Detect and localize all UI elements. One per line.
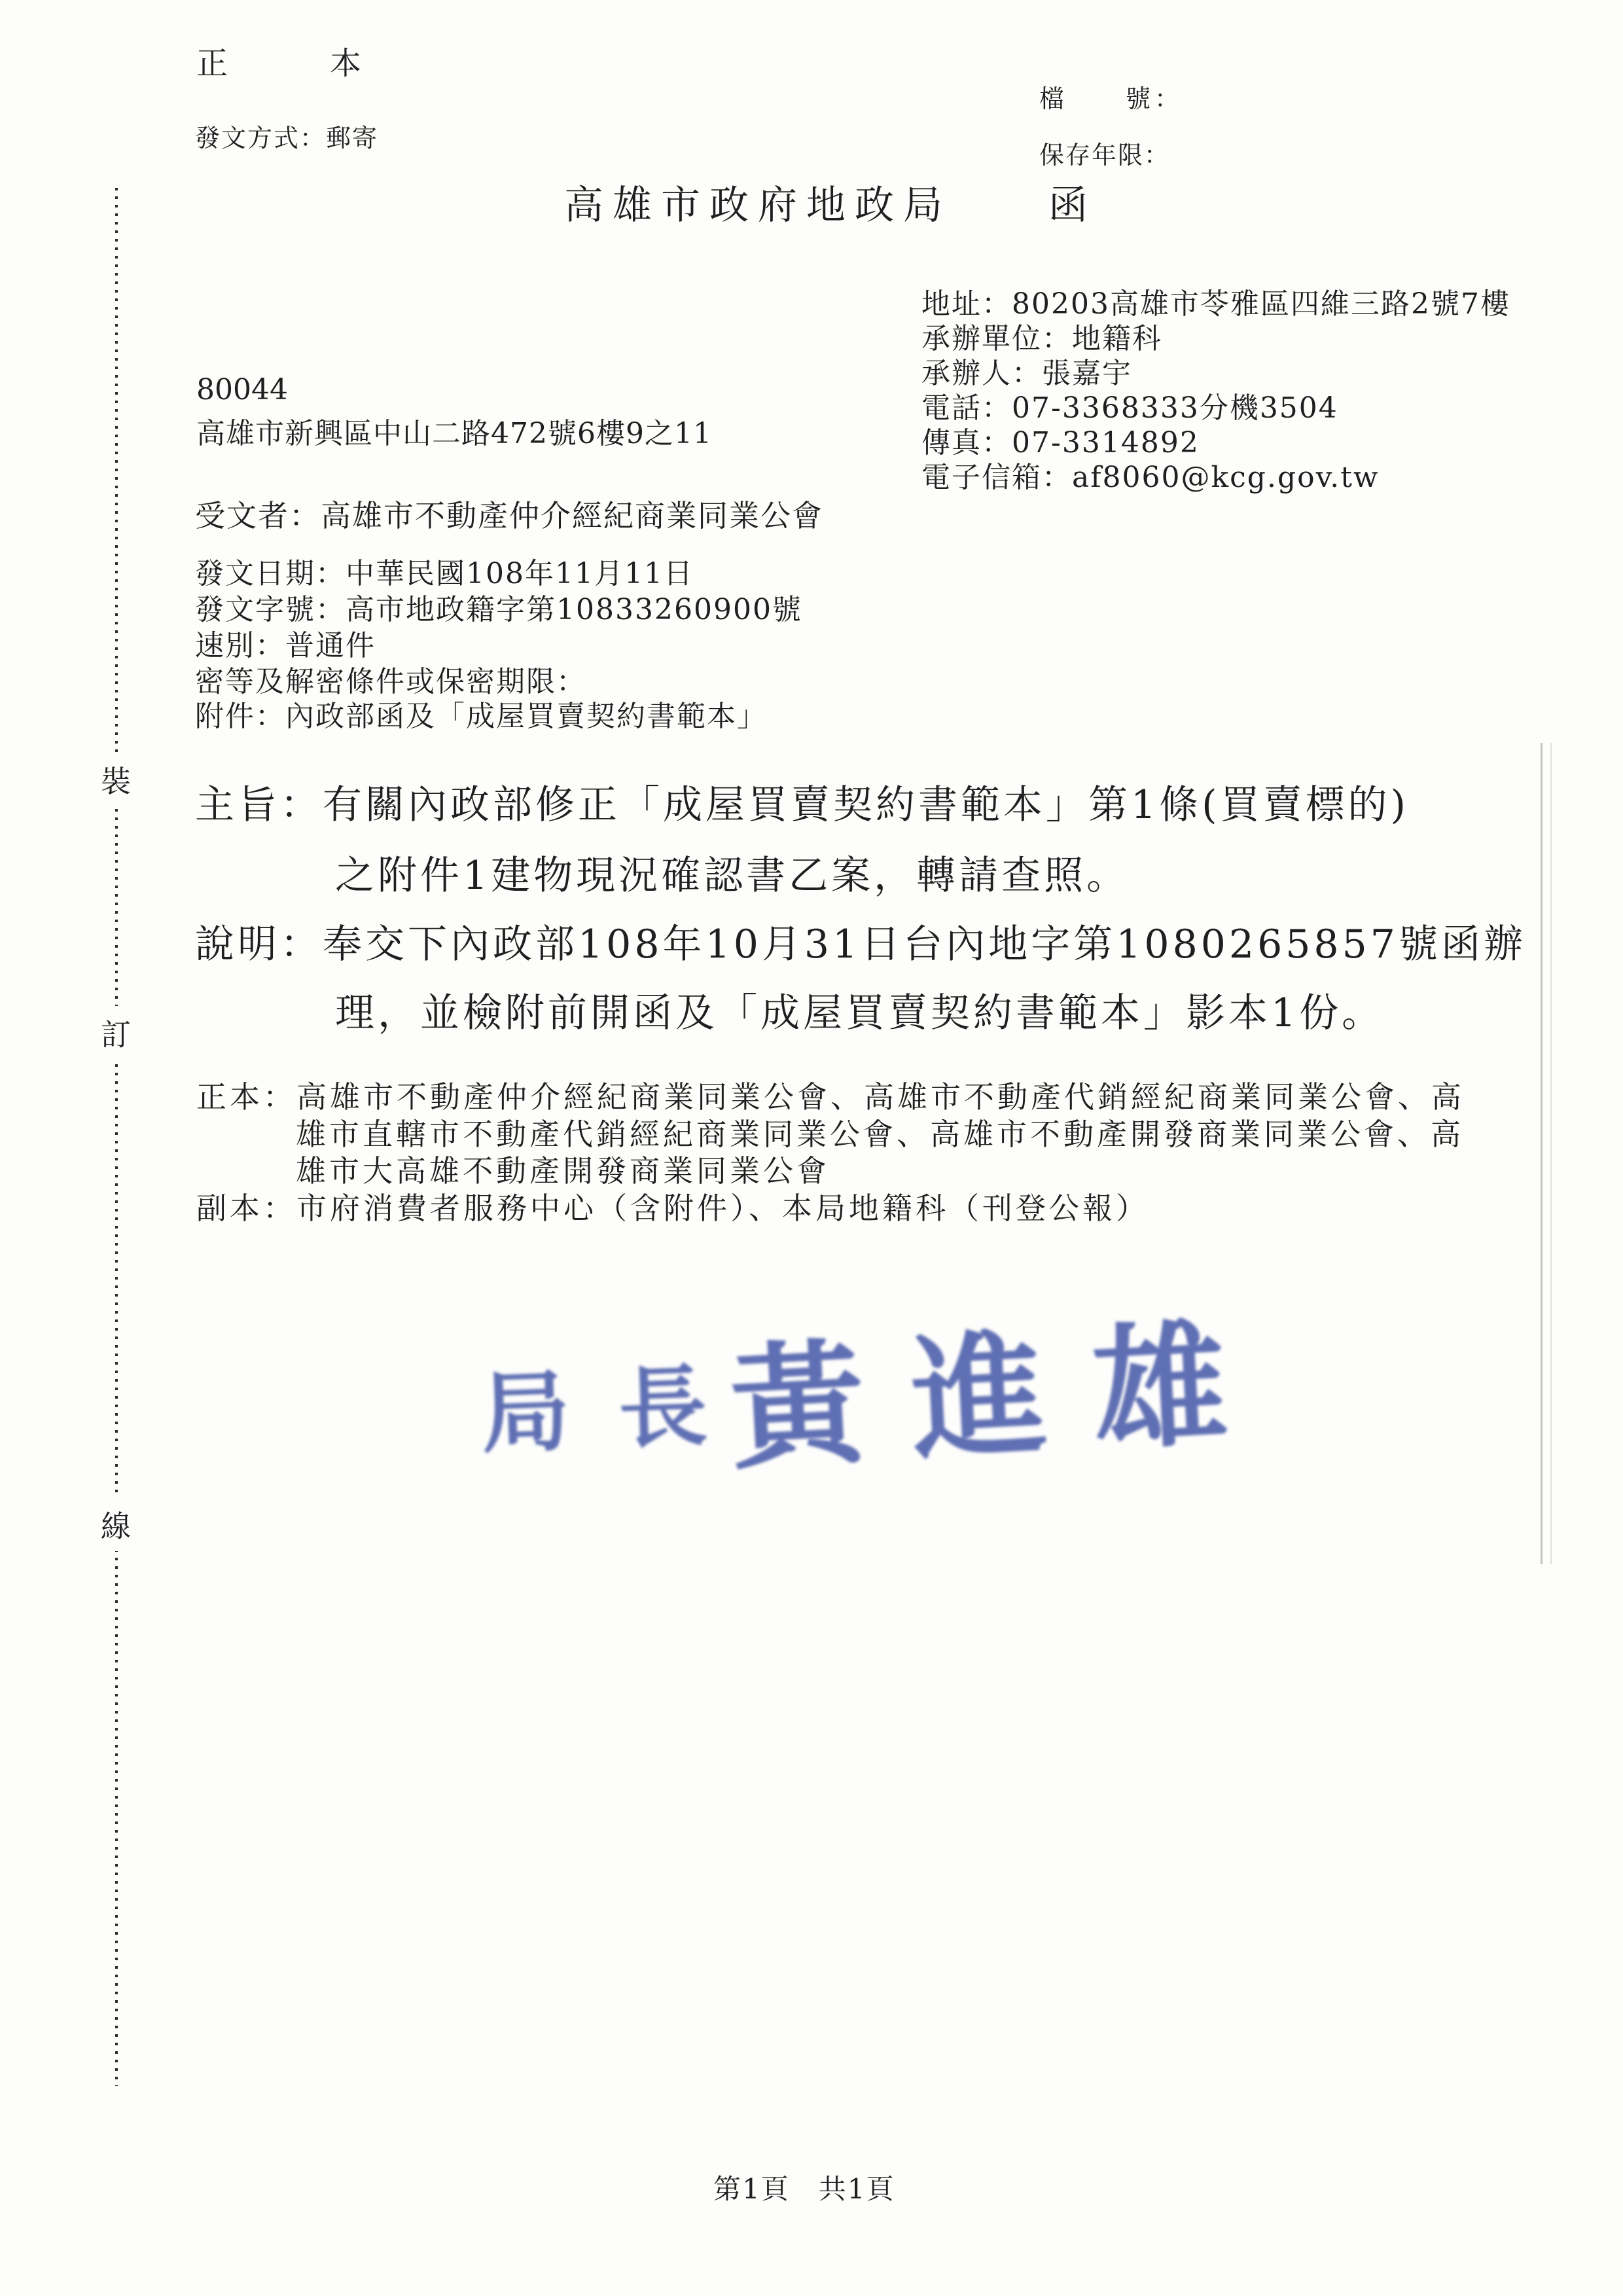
binding-mark-zhuang: 裝: [101, 753, 131, 806]
recipient-address: 高雄市新興區中山二路472號6樓9之11: [196, 410, 712, 452]
scan-artifact-line: [1550, 743, 1552, 1564]
copy-type-label: 正 本: [196, 38, 397, 83]
recipient-zip: 80044: [196, 373, 288, 406]
binding-mark-ding: 訂: [101, 1006, 131, 1060]
scan-artifact-line: [1541, 743, 1543, 1564]
page-footer: 第1頁 共1頁: [713, 2168, 895, 2207]
signature-director-title: 局長: [479, 1334, 758, 1471]
meta-attachment: 附件：內政部函及「成屋買賣契約書範本」: [195, 692, 767, 734]
dispatch-method-label: 發文方式：郵寄: [195, 118, 378, 154]
issuer-unit: 承辦單位：地籍科: [921, 321, 1510, 356]
copy-recipients-line: 副本：市府消費者服務中心（含附件）、本局地籍科（刊登公報）: [196, 1185, 1149, 1228]
recipient-line: 受文者：高雄市不動產仲介經紀商業同業公會: [195, 492, 823, 535]
subject-line-1: 主旨：有關內政部修正「成屋買賣契約書範本」第1條(買賣標的): [195, 774, 1409, 830]
issuer-phone: 電話：07-3368333分機3504: [921, 391, 1510, 425]
binding-mark-xian: 線: [101, 1498, 131, 1551]
issuer-address: 地址：80203高雄市苓雅區四維三路2號7樓: [921, 287, 1510, 321]
issuer-fax: 傳真：07-3314892: [921, 425, 1510, 460]
file-number-label: 檔 號：: [1039, 79, 1183, 115]
description-line-2: 理，並檢附前開函及「成屋買賣契約書範本」影本1份。: [335, 982, 1384, 1038]
issuer-contact-block: 地址：80203高雄市苓雅區四維三路2號7樓 承辦單位：地籍科 承辦人：張嘉宇 …: [921, 287, 1510, 495]
scanned-letter-page: 正 本 發文方式：郵寄 檔 號： 保存年限： 高雄市政府地政局 函 地址：802…: [0, 0, 1623, 2296]
issuer-officer: 承辦人：張嘉宇: [921, 356, 1510, 391]
retention-period-label: 保存年限：: [1039, 135, 1170, 171]
subject-line-2: 之附件1建物現況確認書乙案，轉請查照。: [335, 844, 1129, 901]
binding-dotted-line: [115, 188, 118, 2086]
document-title: 高雄市政府地政局 函: [564, 174, 1097, 230]
description-line-1: 說明：奉交下內政部108年10月31日台內地字第1080265857號函辦: [195, 913, 1526, 969]
signature-director-name: 黃進雄: [725, 1274, 1278, 1495]
issuer-email: 電子信箱：af8060@kcg.gov.tw: [921, 460, 1510, 495]
